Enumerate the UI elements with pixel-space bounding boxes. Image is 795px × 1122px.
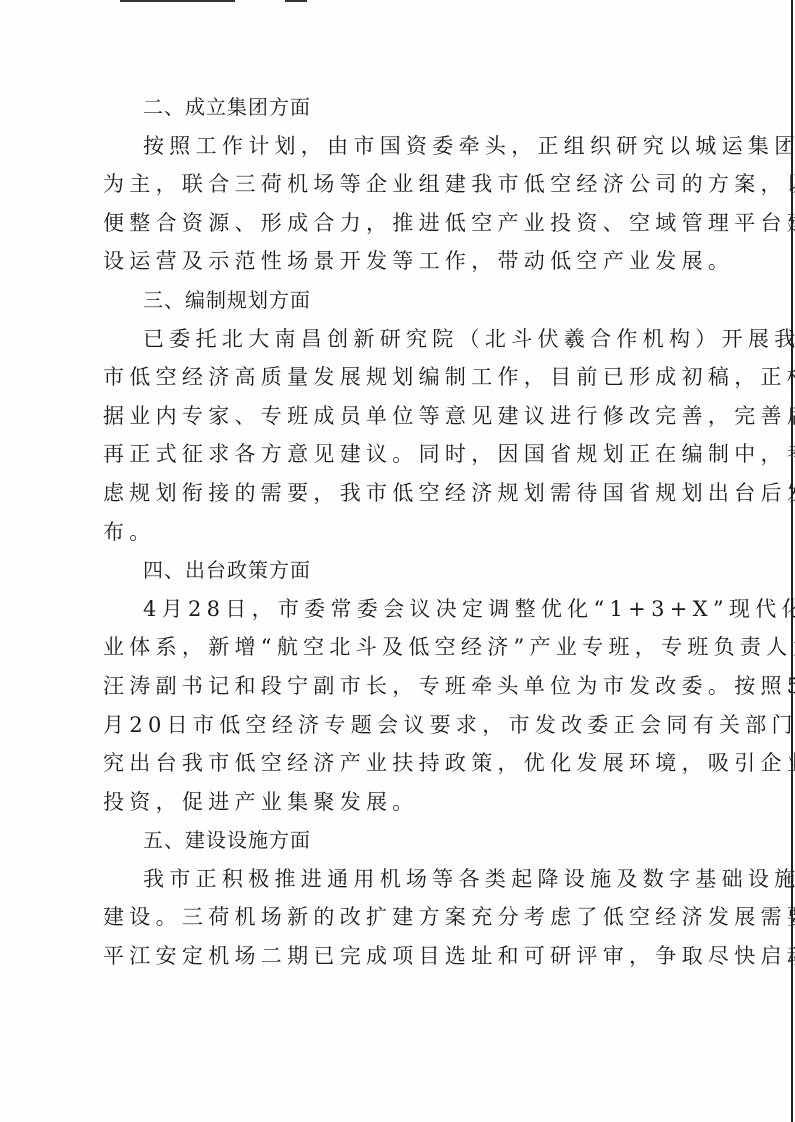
paragraph-line: 据业内专家、专班成员单位等意见建议进行修改完善，完善后	[103, 397, 687, 436]
paragraph-line: 市低空经济高质量发展规划编制工作，目前已形成初稿，正根	[103, 358, 687, 397]
paragraph-line: 为主，联合三荷机场等企业组建我市低空经济公司的方案，以	[103, 165, 687, 204]
scan-artifact	[285, 0, 307, 2]
paragraph-line: 业体系，新增“航空北斗及低空经济”产业专班，专班负责人为	[103, 628, 687, 667]
paragraph-line: 我市正积极推进通用机场等各类起降设施及数字基础设施	[103, 860, 687, 899]
document-body: 二、成立集团方面 按照工作计划，由市国资委牵头，正组织研究以城运集团 为主，联合…	[103, 88, 687, 976]
section-heading: 二、成立集团方面	[103, 88, 687, 127]
paragraph-line: 月20日市低空经济专题会议要求，市发改委正会同有关部门研	[103, 706, 687, 745]
paragraph-line: 汪涛副书记和段宁副市长，专班牵头单位为市发改委。按照5	[103, 667, 687, 706]
section-heading: 五、建设设施方面	[103, 821, 687, 860]
paragraph-line: 建设。三荷机场新的改扩建方案充分考虑了低空经济发展需要；	[103, 898, 687, 937]
paragraph-line: 布。	[103, 513, 687, 552]
paragraph-line: 再正式征求各方意见建议。同时，因国省规划正在编制中，考	[103, 435, 687, 474]
paragraph-line: 虑规划衔接的需要，我市低空经济规划需待国省规划出台后发	[103, 474, 687, 513]
paragraph-line: 4月28日，市委常委会议决定调整优化“1+3+X”现代化产	[103, 590, 687, 629]
paragraph-line: 究出台我市低空经济产业扶持政策，优化发展环境，吸引企业	[103, 744, 687, 783]
document-page: 二、成立集团方面 按照工作计划，由市国资委牵头，正组织研究以城运集团 为主，联合…	[0, 0, 795, 1122]
paragraph-line: 按照工作计划，由市国资委牵头，正组织研究以城运集团	[103, 127, 687, 166]
section-heading: 三、编制规划方面	[103, 281, 687, 320]
paragraph-line: 平江安定机场二期已完成项目选址和可研评审，争取尽快启动	[103, 937, 687, 976]
paragraph-line: 便整合资源、形成合力，推进低空产业投资、空域管理平台建	[103, 204, 687, 243]
scan-artifact	[120, 0, 235, 2]
section-heading: 四、出台政策方面	[103, 551, 687, 590]
paragraph-line: 设运营及示范性场景开发等工作，带动低空产业发展。	[103, 242, 687, 281]
paragraph-line: 已委托北大南昌创新研究院（北斗伏羲合作机构）开展我	[103, 320, 687, 359]
paragraph-line: 投资，促进产业集聚发展。	[103, 783, 687, 822]
